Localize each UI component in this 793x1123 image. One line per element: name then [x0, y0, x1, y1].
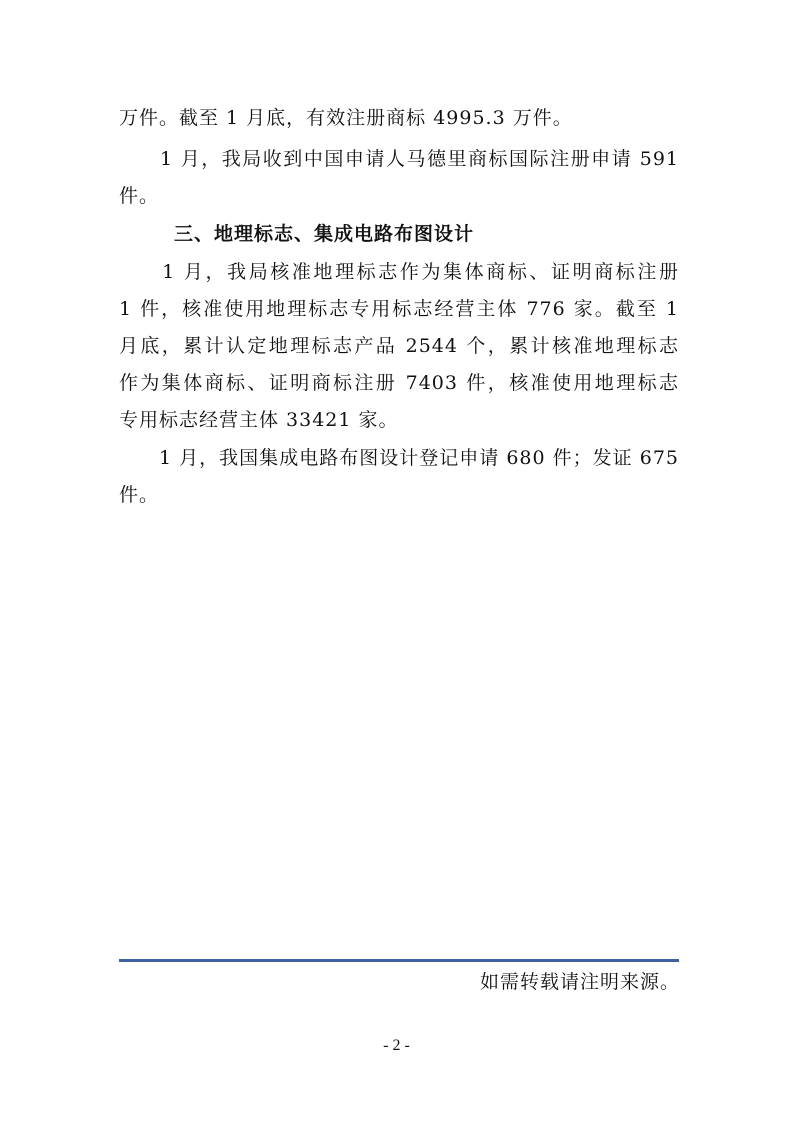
paragraph-line: 1 月，我局收到中国申请人马德里商标国际注册申请 591 [119, 147, 679, 171]
paragraph-line: 件。 [119, 184, 679, 208]
section-heading: 三、地理标志、集成电路布图设计 [174, 222, 474, 246]
reprint-note: 如需转载请注明来源。 [480, 970, 680, 994]
footer-divider [119, 959, 679, 962]
paragraph-line: 月底，累计认定地理标志产品 2544 个，累计核准地理标志 [119, 334, 679, 358]
paragraph-line: 件。 [119, 483, 679, 507]
paragraph-line: 1 件，核准使用地理标志专用标志经营主体 776 家。截至 1 [119, 297, 679, 321]
paragraph-line: 1 月，我局核准地理标志作为集体商标、证明商标注册 [119, 260, 679, 284]
paragraph-line: 专用标志经营主体 33421 家。 [119, 408, 679, 432]
paragraph-line: 万件。截至 1 月底，有效注册商标 4995.3 万件。 [119, 106, 679, 130]
paragraph-line: 1 月，我国集成电路布图设计登记申请 680 件；发证 675 [119, 446, 679, 470]
paragraph-line: 作为集体商标、证明商标注册 7403 件，核准使用地理标志 [119, 371, 679, 395]
page-number: - 2 - [0, 1037, 793, 1055]
